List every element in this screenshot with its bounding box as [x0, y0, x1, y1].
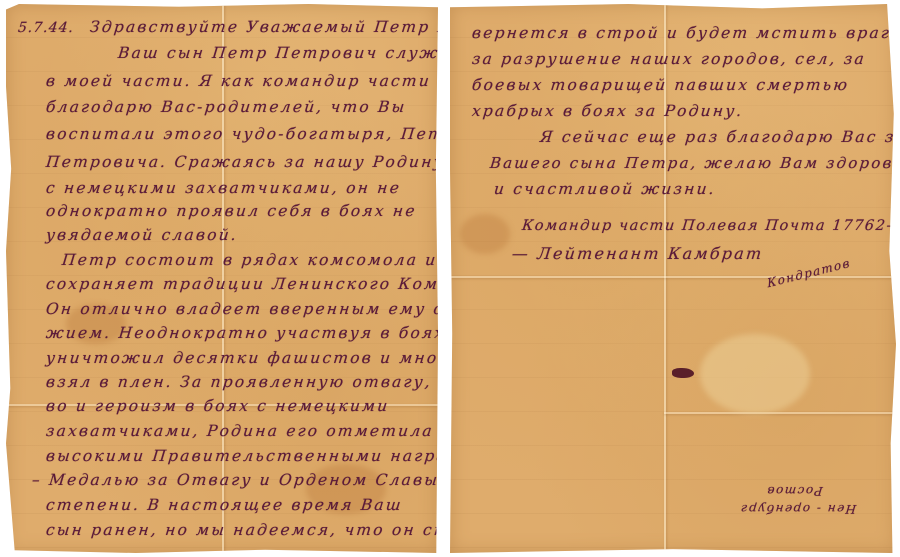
letter-line: боевых товарищей павших смертью	[471, 76, 850, 94]
letter-line: уничтожил десятки фашистов и много	[45, 349, 461, 367]
upside-down-note-line2: Ростов	[765, 484, 823, 498]
letter-line: воспитали этого чудо-богатыря, Петра	[45, 125, 469, 143]
letter-line: Вашего сына Петра, желаю Вам здоровья	[489, 154, 900, 172]
letter-line: жием. Неоднократно участвуя в боях он	[45, 324, 477, 342]
letter-line: благодарю Вас-родителей, что Вы	[45, 98, 407, 116]
letter-line: вернется в строй и будет мстить врагам	[471, 24, 900, 42]
letter-page-right: вернется в строй и будет мстить врагам з…	[450, 4, 896, 553]
paper-stain	[460, 214, 510, 254]
letter-line: Ваш сын Петр Петрович служит	[117, 44, 469, 62]
letter-line: увядаемой славой.	[45, 226, 239, 244]
letter-line: однократно проявил себя в боях не	[45, 202, 418, 220]
fold-crease-horizontal	[664, 412, 896, 414]
letter-line: сын ранен, но мы надеемся, что он скоро	[45, 521, 481, 539]
letter-line: в моей части. Я как командир части	[45, 72, 432, 90]
upside-down-note-line1: Нен - оренбург	[739, 502, 857, 516]
unit-field-post-line: Командир части Полевая Почта 17762-Е	[521, 218, 900, 234]
letter-line: высокими Правительственными наградами	[45, 447, 500, 465]
letter-line: и счастливой жизни.	[493, 180, 717, 198]
ink-blot	[672, 368, 694, 378]
letter-line: степени. В настоящее время Ваш	[45, 496, 404, 514]
letter-line: Он отлично владеет вверенным ему ору-	[45, 300, 477, 318]
letter-line: захватчиками, Родина его отметила	[45, 422, 435, 440]
signature: Кондратов	[766, 256, 851, 291]
letter-line: Петровича. Сражаясь за нашу Родину	[45, 153, 446, 171]
letter-line: храбрых в боях за Родину.	[471, 102, 744, 120]
letter-line: сохраняет традиции Ленинского Комсомола.	[45, 275, 520, 293]
letter-line: за разрушение наших городов, сел, за	[471, 50, 867, 68]
rank-and-name: — Лейтенант Камбрат	[511, 244, 764, 263]
letter-line: Я сейчас еще раз благодарю Вас за	[539, 128, 900, 146]
fold-crease-horizontal	[450, 276, 896, 278]
letter-date: 5.7.44.	[17, 20, 75, 36]
letter-line: Петр состоит в рядах комсомола и	[61, 251, 438, 269]
letter-line: с немецкими захватчиками, он не	[45, 179, 402, 197]
letter-page-left: 5.7.44. Здравствуйте Уважаемый Петр Илла…	[6, 4, 438, 553]
letter-line: во и героизм в боях с немецкими	[45, 397, 390, 415]
paper-stain-light	[700, 334, 810, 414]
